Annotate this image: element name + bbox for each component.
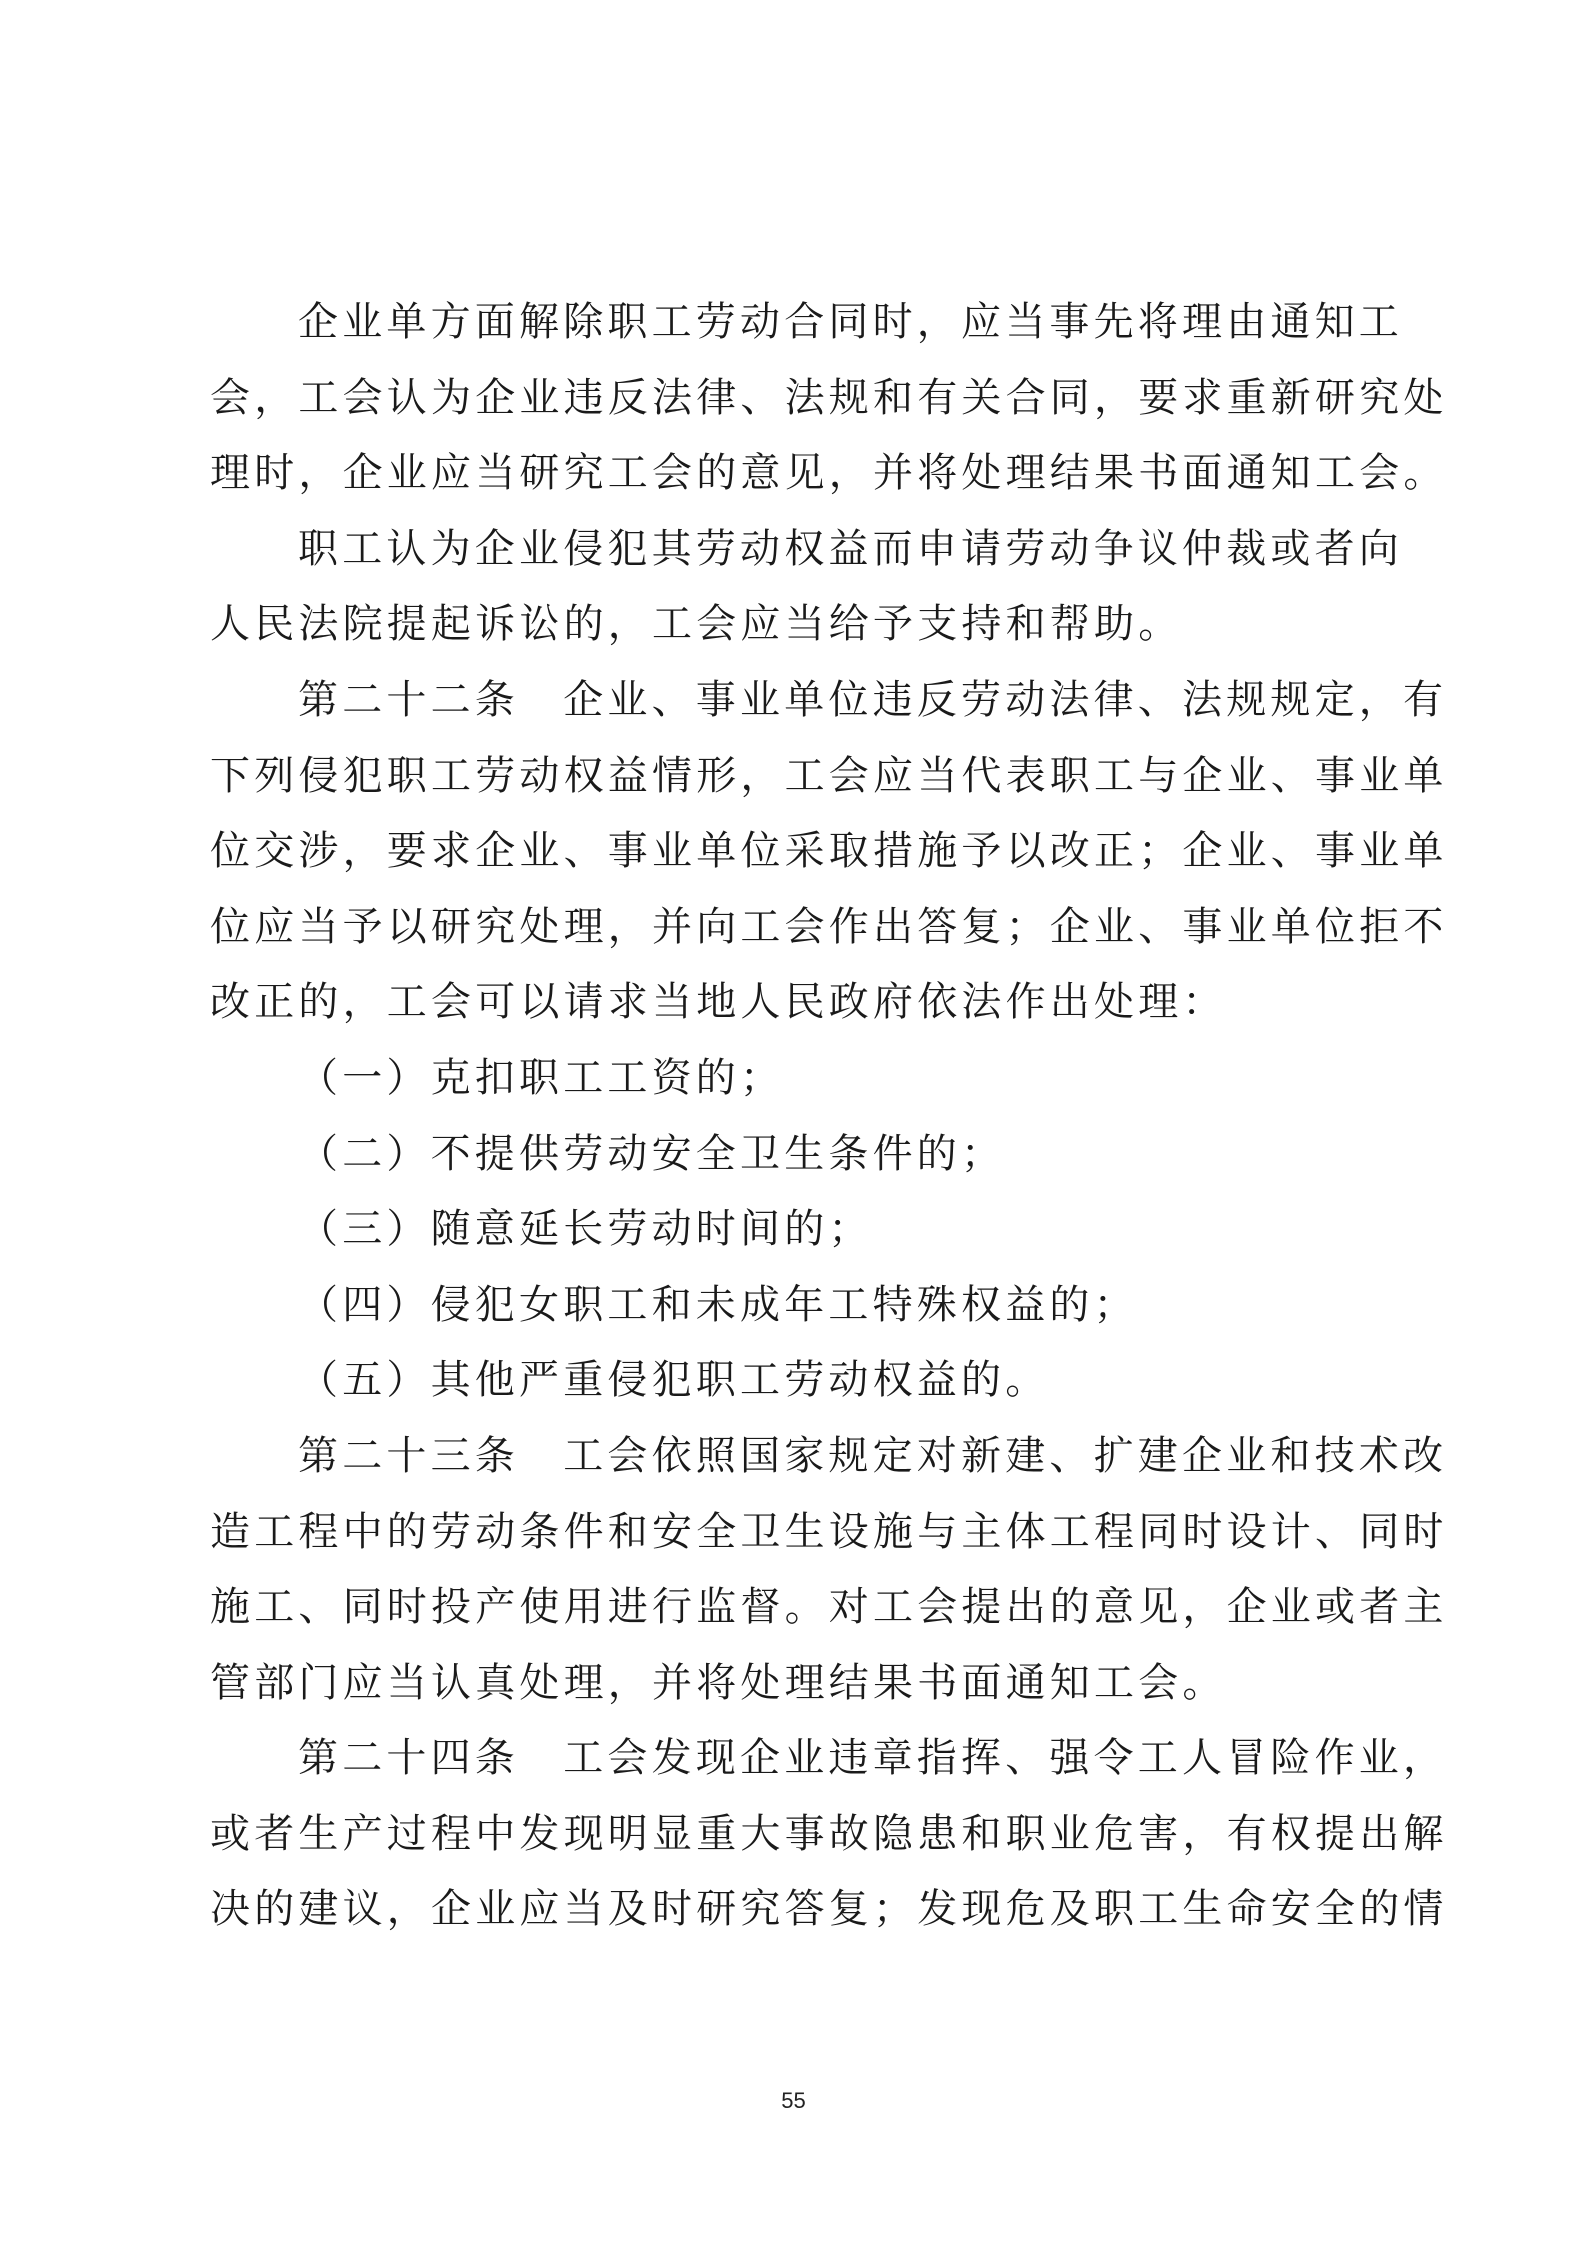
document-page: 企业单方面解除职工劳动合同时，应当事先将理由通知工 会，工会认为企业违反法律、法… (0, 0, 1587, 2245)
paragraph-2-line-1: 职工认为企业侵犯其劳动权益而申请劳动争议仲裁或者向 (210, 519, 1390, 595)
article-22-line-5: 改正的，工会可以请求当地人民政府依法作出处理： (210, 972, 1390, 1048)
list-item-5: （五）其他严重侵犯职工劳动权益的。 (210, 1350, 1390, 1426)
paragraph-1-line-3: 理时，企业应当研究工会的意见，并将处理结果书面通知工会。 (210, 443, 1390, 519)
article-22-line-1: 第二十二条 企业、事业单位违反劳动法律、法规规定，有 (210, 670, 1390, 746)
article-22-line-4: 位应当予以研究处理，并向工会作出答复；企业、事业单位拒不 (210, 897, 1390, 973)
paragraph-1-line-1: 企业单方面解除职工劳动合同时，应当事先将理由通知工 (210, 292, 1390, 368)
list-item-2: （二）不提供劳动安全卫生条件的； (210, 1124, 1390, 1200)
document-body: 企业单方面解除职工劳动合同时，应当事先将理由通知工 会，工会认为企业违反法律、法… (210, 292, 1390, 1955)
list-item-4: （四）侵犯女职工和未成年工特殊权益的； (210, 1275, 1390, 1351)
list-item-1: （一）克扣职工工资的； (210, 1048, 1390, 1124)
page-number: 55 (0, 2088, 1587, 2114)
list-item-3: （三）随意延长劳动时间的； (210, 1199, 1390, 1275)
article-22-line-3: 位交涉，要求企业、事业单位采取措施予以改正；企业、事业单 (210, 821, 1390, 897)
article-23-line-4: 管部门应当认真处理，并将处理结果书面通知工会。 (210, 1653, 1390, 1729)
article-23-line-3: 施工、同时投产使用进行监督。对工会提出的意见，企业或者主 (210, 1577, 1390, 1653)
paragraph-2-line-2: 人民法院提起诉讼的，工会应当给予支持和帮助。 (210, 594, 1390, 670)
article-22-line-2: 下列侵犯职工劳动权益情形，工会应当代表职工与企业、事业单 (210, 746, 1390, 822)
article-23-line-1: 第二十三条 工会依照国家规定对新建、扩建企业和技术改 (210, 1426, 1390, 1502)
paragraph-1-line-2: 会，工会认为企业违反法律、法规和有关合同，要求重新研究处 (210, 368, 1390, 444)
article-23-line-2: 造工程中的劳动条件和安全卫生设施与主体工程同时设计、同时 (210, 1502, 1390, 1578)
article-24-line-3: 决的建议，企业应当及时研究答复；发现危及职工生命安全的情 (210, 1879, 1390, 1955)
article-24-line-2: 或者生产过程中发现明显重大事故隐患和职业危害，有权提出解 (210, 1804, 1390, 1880)
article-24-line-1: 第二十四条 工会发现企业违章指挥、强令工人冒险作业， (210, 1728, 1390, 1804)
